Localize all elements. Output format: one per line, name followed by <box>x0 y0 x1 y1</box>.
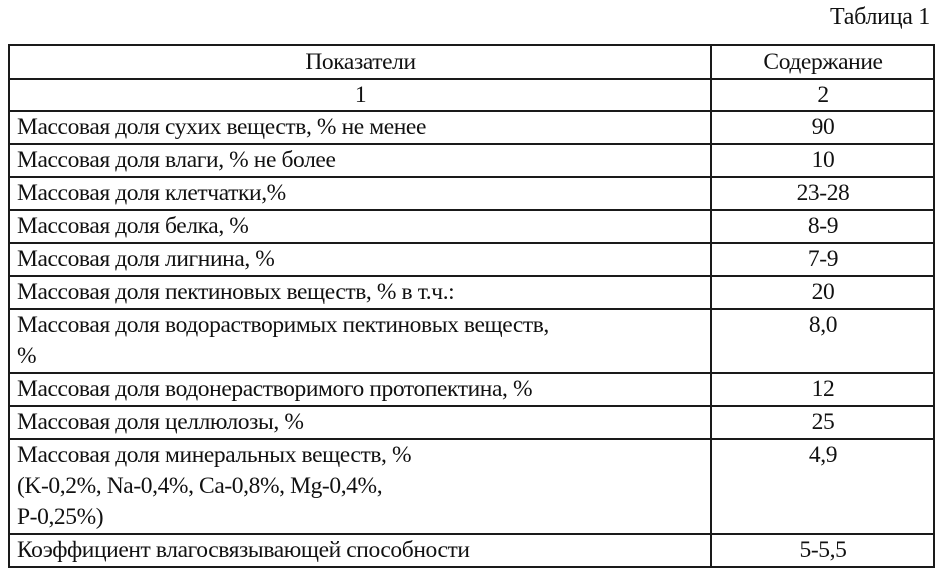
indicator-cell: Массовая доля белка, % <box>9 210 711 243</box>
value-cell: 90 <box>711 111 934 144</box>
value-cell: 20 <box>711 276 934 309</box>
indicator-cell: Массовая доля пектиновых веществ, % в т.… <box>9 276 711 309</box>
column-number-row: 1 2 <box>9 79 934 111</box>
value-cell: 7-9 <box>711 243 934 276</box>
indicator-cell: Массовая доля водонерастворимого протопе… <box>9 373 711 406</box>
indicator-cell: Коэффициент влагосвязывающей способности <box>9 534 711 567</box>
table-row: Массовая доля целлюлозы, % 25 <box>9 406 934 439</box>
table-row: Массовая доля клетчатки,% 23-28 <box>9 177 934 210</box>
table-row: Массовая доля пектиновых веществ, % в т.… <box>9 276 934 309</box>
value-cell: 8,0 <box>711 309 934 373</box>
indicator-cell: Массовая доля водорастворимых пектиновых… <box>9 309 711 373</box>
indicator-cell: Массовая доля целлюлозы, % <box>9 406 711 439</box>
value-cell: 10 <box>711 144 934 177</box>
indicator-cell: Массовая доля лигнина, % <box>9 243 711 276</box>
table-row: Массовая доля влаги, % не более 10 <box>9 144 934 177</box>
indicator-cell: Массовая доля минеральных веществ, % (K-… <box>9 439 711 534</box>
value-cell: 23-28 <box>711 177 934 210</box>
table-row: Массовая доля лигнина, % 7-9 <box>9 243 934 276</box>
indicator-cell: Массовая доля влаги, % не более <box>9 144 711 177</box>
table-caption: Таблица 1 <box>830 2 930 32</box>
table-row: Массовая доля белка, % 8-9 <box>9 210 934 243</box>
indicator-cell: Массовая доля сухих веществ, % не менее <box>9 111 711 144</box>
table-row: Массовая доля водорастворимых пектиновых… <box>9 309 934 373</box>
column-number-2: 2 <box>711 79 934 111</box>
value-cell: 4,9 <box>711 439 934 534</box>
table-row: Массовая доля водонерастворимого протопе… <box>9 373 934 406</box>
table-row: Массовая доля сухих веществ, % не менее … <box>9 111 934 144</box>
table-header-row: Показатели Содержание <box>9 45 934 79</box>
value-cell: 8-9 <box>711 210 934 243</box>
header-content: Содержание <box>711 45 934 79</box>
header-indicators: Показатели <box>9 45 711 79</box>
table-row: Массовая доля минеральных веществ, % (K-… <box>9 439 934 534</box>
value-cell: 12 <box>711 373 934 406</box>
indicator-cell: Массовая доля клетчатки,% <box>9 177 711 210</box>
value-cell: 25 <box>711 406 934 439</box>
table-row: Коэффициент влагосвязывающей способности… <box>9 534 934 567</box>
value-cell: 5-5,5 <box>711 534 934 567</box>
indicators-table: Показатели Содержание 1 2 Массовая доля … <box>8 44 935 568</box>
column-number-1: 1 <box>9 79 711 111</box>
